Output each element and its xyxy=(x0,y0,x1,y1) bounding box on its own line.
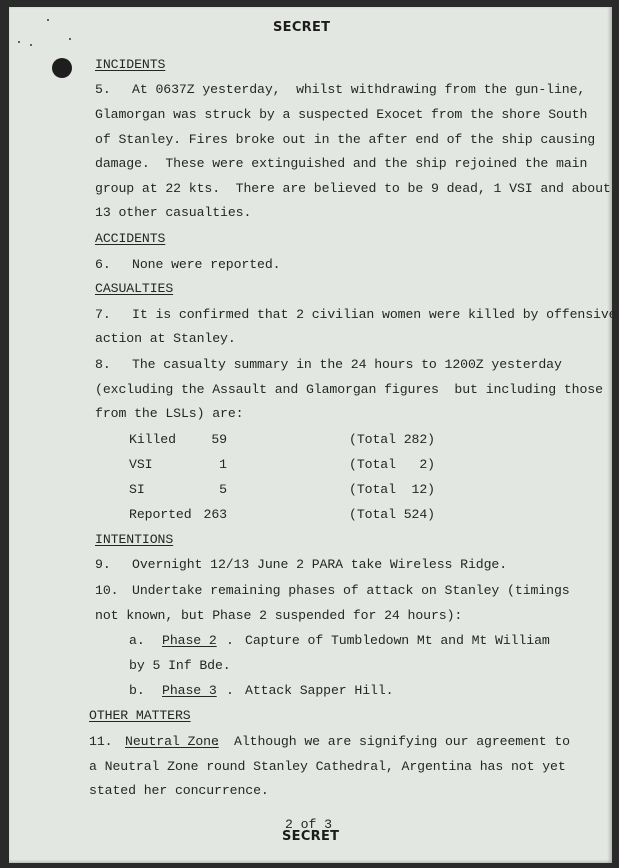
para-5-line-3: of Stanley. Fires broke out in the after… xyxy=(95,132,595,147)
ink-speck xyxy=(69,38,71,40)
subpara-a-line-1: Capture of Tumbledown Mt and Mt William xyxy=(245,633,550,648)
subpara-a-title-period: . xyxy=(226,633,234,648)
heading-incidents: INCIDENTS xyxy=(95,57,165,72)
heading-other-matters: OTHER MATTERS xyxy=(89,708,191,723)
heading-casualties: CASUALTIES xyxy=(95,281,173,296)
subpara-b-line-1: Attack Sapper Hill. xyxy=(245,683,393,698)
para-8-number: 8. xyxy=(95,357,111,372)
para-7-number: 7. xyxy=(95,307,111,322)
para-11-line-3: stated her concurrence. xyxy=(89,783,269,798)
casualty-value: 263 xyxy=(203,507,227,522)
para-5-line-5: group at 22 kts. There are believed to b… xyxy=(95,181,611,196)
subpara-a-letter: a. xyxy=(129,633,145,648)
para-10-line-1: Undertake remaining phases of attack on … xyxy=(132,583,570,598)
para-5-number: 5. xyxy=(95,82,111,97)
para-10-number: 10. xyxy=(95,583,118,598)
ink-speck xyxy=(18,41,20,43)
ink-speck xyxy=(30,44,32,46)
casualty-total: (Total 2) xyxy=(349,457,435,472)
para-11-number: 11. xyxy=(89,734,112,749)
para-9-number: 9. xyxy=(95,557,111,572)
para-11-line-1: Although we are signifying our agreement… xyxy=(234,734,570,749)
subpara-b-title: Phase 3 xyxy=(162,683,217,698)
subpara-a-title: Phase 2 xyxy=(162,633,217,648)
para-5-line-4: damage. These were extinguished and the … xyxy=(95,156,587,171)
ink-speck xyxy=(47,19,49,21)
para-7-line-1: It is confirmed that 2 civilian women we… xyxy=(132,307,616,322)
casualty-value: 59 xyxy=(203,432,227,447)
para-11-title-period: . xyxy=(213,734,221,749)
para-8-line-2: (excluding the Assault and Glamorgan fig… xyxy=(95,382,603,397)
para-9-text: Overnight 12/13 June 2 PARA take Wireles… xyxy=(132,557,507,572)
heading-intentions: INTENTIONS xyxy=(95,532,173,547)
casualty-total: (Total 524) xyxy=(349,507,435,522)
para-5-line-1: At 0637Z yesterday, whilst withdrawing f… xyxy=(132,82,585,97)
casualty-value: 1 xyxy=(203,457,227,472)
subpara-a-line-2: by 5 Inf Bde. xyxy=(129,658,231,673)
para-11-line-2: a Neutral Zone round Stanley Cathedral, … xyxy=(89,759,566,774)
casualty-value: 5 xyxy=(203,482,227,497)
para-5-line-6: 13 other casualties. xyxy=(95,205,251,220)
casualty-total: (Total 282) xyxy=(349,432,435,447)
heading-accidents: ACCIDENTS xyxy=(95,231,165,246)
para-8-line-1: The casualty summary in the 24 hours to … xyxy=(132,357,562,372)
para-6-text: None were reported. xyxy=(132,257,280,272)
punch-hole xyxy=(52,58,72,78)
casualty-label: Reported xyxy=(129,507,192,522)
para-6-number: 6. xyxy=(95,257,111,272)
para-5-line-2: Glamorgan was struck by a suspected Exoc… xyxy=(95,107,587,122)
para-11-title: Neutral Zone xyxy=(125,734,219,749)
para-7-line-2: action at Stanley. xyxy=(95,331,236,346)
para-10-line-2: not known, but Phase 2 suspended for 24 … xyxy=(95,608,462,623)
casualty-label: Killed xyxy=(129,432,176,447)
casualty-label: VSI xyxy=(129,457,152,472)
casualty-label: SI xyxy=(129,482,145,497)
classification-bottom: SECRET xyxy=(282,829,339,844)
para-8-line-3: from the LSLs) are: xyxy=(95,406,243,421)
subpara-b-title-period: . xyxy=(226,683,234,698)
subpara-b-letter: b. xyxy=(129,683,145,698)
document-page: SECRET INCIDENTS 5. At 0637Z yesterday, … xyxy=(9,7,612,863)
casualty-total: (Total 12) xyxy=(349,482,435,497)
classification-top: SECRET xyxy=(273,20,330,35)
